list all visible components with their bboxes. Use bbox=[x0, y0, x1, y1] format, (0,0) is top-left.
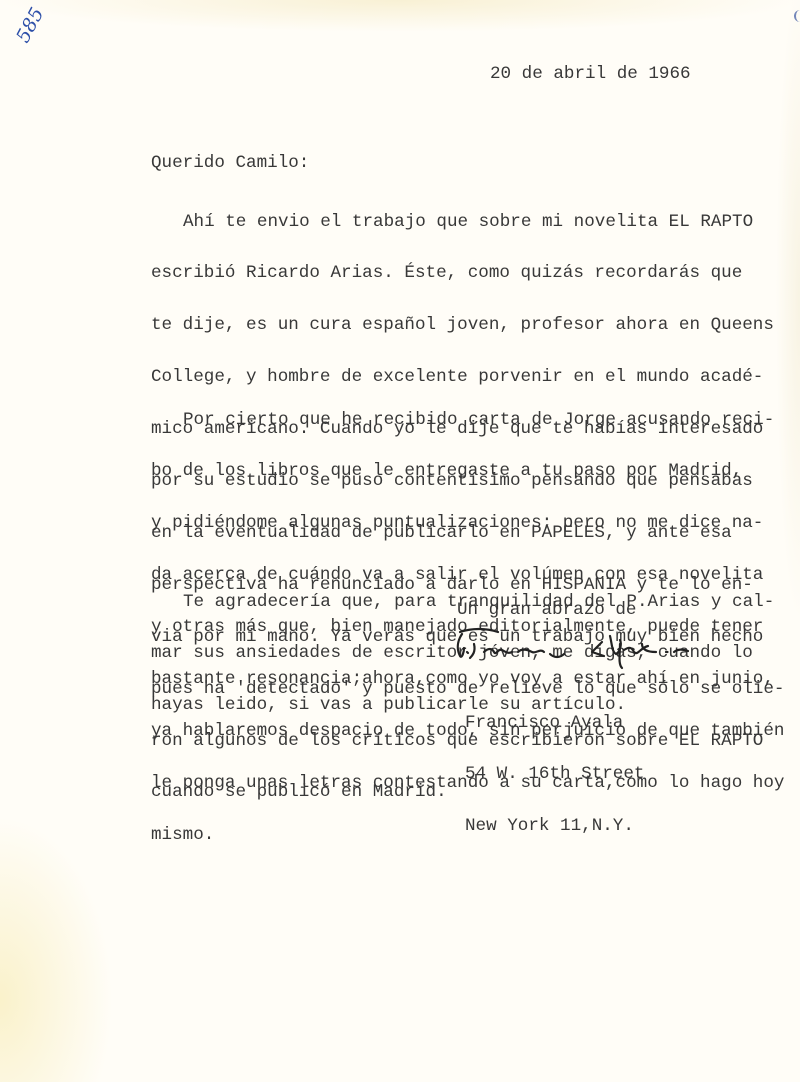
salutation: Querido Camilo: bbox=[151, 155, 309, 172]
text-line: bo de los libros que le entregaste a tu … bbox=[151, 463, 791, 480]
letter-date: 20 de abril de 1966 bbox=[490, 66, 691, 83]
sender-street: 54 W. 16th Street bbox=[465, 766, 645, 783]
handwritten-signature bbox=[452, 622, 732, 672]
archive-number-handwritten: 585 bbox=[12, 4, 48, 46]
sender-name: Francisco Ayala bbox=[465, 715, 645, 732]
edge-ink-mark bbox=[794, 10, 800, 22]
sender-city: New York 11,N.Y. bbox=[465, 818, 645, 835]
closing: Un gran abrazo de bbox=[457, 602, 637, 619]
text-line: te dije, es un cura español joven, profe… bbox=[151, 317, 791, 334]
text-line: escribió Ricardo Arias. Éste, como quizá… bbox=[151, 265, 791, 282]
text-line: Ahí te envio el trabajo que sobre mi nov… bbox=[151, 214, 791, 231]
sender-address-block: Francisco Ayala 54 W. 16th Street New Yo… bbox=[465, 680, 645, 870]
text-line: Por cierto que he recibido carta de Jorg… bbox=[151, 412, 791, 429]
text-line: y pidiéndome algunas puntualizaciones; p… bbox=[151, 515, 791, 532]
